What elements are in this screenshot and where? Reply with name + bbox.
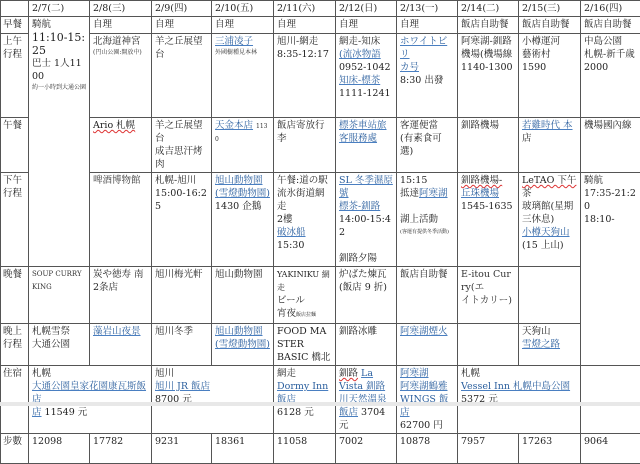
cell-0214-morning: 阿寒湖-釧路 機場(機場線 1140-1300 (458, 34, 519, 118)
cell-0216-breakfast: 飯店自助餐 (581, 17, 640, 34)
akan-fireworks-link[interactable]: 阿寒湖煙火 (400, 326, 448, 337)
cell-0210-afternoon: 旭山動物園 (雪燈動物園) 1430 企鵝 (212, 173, 274, 267)
white-pirika-link[interactable]: ホワイトビリ (400, 35, 454, 61)
cell-0210-breakfast: 自理 (212, 17, 274, 34)
ryuhyo-link[interactable]: (流冰物語 (339, 48, 393, 61)
morning-row: 上午 行程 北海道神宮 (円山公園:開放中) 羊之丘展望台 三浦凌子 外國樹種見… (1, 34, 640, 118)
flight-label: 騎航 (32, 18, 86, 31)
lodging-row: 住宿 札幌 大通公園皇家花園康瓦斯飯店 店 11549 元 旭川 旭川 JR 飯… (1, 366, 640, 407)
icebreaker-link[interactable]: 破冰船 (277, 226, 332, 239)
cell-0214-dinner: E-itou Curry(エ イトカリー) (458, 267, 519, 324)
cell-0214-afternoon: 釧路機場- 丘珠機場 1545-1635 (458, 173, 519, 267)
cell-0209-breakfast: 自理 (152, 17, 212, 34)
shrine-note: (円山公園:開放中) (93, 48, 148, 58)
dormy-inn-link[interactable]: Dormy Inn (277, 380, 332, 393)
cell-0209-afternoon: 札幌-旭川 15:00-16:25 (152, 173, 212, 267)
lunch-row: 午餐 Ario 札幌 羊之丘展望台 成吉思汗烤肉 天金本店 1130 飯店寄放行… (1, 118, 640, 173)
header-row: 2/7(二) 2/8(三) 2/9(四) 2/10(五) 2/11(六) 2/1… (1, 1, 640, 17)
date-header-0215: 2/15(三) (519, 1, 581, 17)
akan-lake-link[interactable]: 阿寒湖 (419, 188, 448, 199)
date-header-0211: 2/11(六) (274, 1, 336, 17)
cell-0212-dinner: 炉ばた煉瓦 (飯店 9 折) (336, 267, 397, 324)
cell-0209-lunch: 羊之丘展望台 成吉思汗烤肉 (152, 118, 212, 173)
vessel-inn-link[interactable]: Vessel Inn 札幌中島公園 (461, 380, 577, 393)
cell-0210-morning: 三浦凌子 外國樹種見本林 (212, 34, 274, 118)
date-header-0216: 2/16(四) (581, 1, 640, 17)
cell-0211-dinner: YAKINIKU 網走 ビール 宵夜飯店拉麵 (274, 267, 336, 324)
row-label-lodging: 住宿 (1, 366, 29, 407)
cell-0213-dinner: 飯店自助餐 (397, 267, 458, 324)
cell-0212-evening: 釧路冰雕 (336, 324, 397, 366)
cell-0215-lunch: 若雞時代 本 店 (519, 118, 581, 173)
la-vista-link[interactable]: La (361, 368, 373, 379)
cell-0213-morning: ホワイトビリ カ号 8:30 出發 (397, 34, 458, 118)
moiwa-link[interactable]: 藻岩山夜景 (93, 326, 141, 337)
date-header-0213: 2/13(一) (397, 1, 458, 17)
cell-0211-lodging: 網走 Dormy Inn 飯店 6128 元 (274, 366, 336, 407)
flight-time: 11:10-15:25 (32, 31, 86, 57)
cell-0216-afternoon: 騎航 17:35-21:20 18:10- (581, 173, 640, 366)
cell-0209-morning: 羊之丘展望台 (152, 34, 212, 118)
row-label-breakfast: 早餐 (1, 17, 29, 34)
row-label-evening: 晚上 行程 (1, 324, 29, 366)
cell-0212-morning: 網走-知床 (流冰物語 0952-1042 知床-標茶 1111-1241 (336, 34, 397, 118)
shibecha-station-link[interactable]: 標茶車站旅 (339, 119, 393, 132)
cell-0214-evening (458, 324, 519, 366)
cell-0212-lunch: 標茶車站旅 客服務處 (336, 118, 397, 173)
tenkin-link[interactable]: 天金本店 (215, 120, 253, 131)
cell-0213-afternoon: 15:15 抵達阿寒湖 湖上活動 (客運有提供冬季活動) (397, 173, 458, 267)
bus-info: 巴士 1人1100 (32, 57, 86, 83)
itinerary-table: 2/7(二) 2/8(三) 2/9(四) 2/10(五) 2/11(六) 2/1… (0, 0, 640, 406)
cell-0208-evening: 藻岩山夜景 (90, 324, 152, 366)
date-header-0212: 2/12(日) (336, 1, 397, 17)
bus-note: 約一小時到大通公園 (32, 83, 86, 93)
cell-0213-breakfast: 自理 (397, 17, 458, 34)
cell-0211-lunch: 飯店寄放行李 (274, 118, 336, 173)
asahiyama-zoo-link[interactable]: 旭山動物園 (215, 174, 270, 187)
shiretoko-shibecha-link[interactable]: 知床-標茶 (339, 74, 393, 87)
corner-cell (1, 1, 29, 17)
cell-0210-evening: 旭山動物園 (雪燈動物園) (212, 324, 274, 366)
cell-0216-morning: 中島公園 札幌-新千歲 2000 (581, 34, 640, 118)
cell-0214-breakfast: 飯店自助餐 (458, 17, 519, 34)
snow-light-path-link[interactable]: 雪燈之路 (522, 338, 577, 351)
row-label-afternoon: 下午 行程 (1, 173, 29, 267)
cell-0210-dinner: 旭山動物園 (212, 267, 274, 324)
cell-0213-lunch: 客運便當 (有素食可選) (397, 118, 458, 173)
cell-0213-evening: 阿寒湖煙火 (397, 324, 458, 366)
cell-0215-morning: 小樽運河 藝術村 1590 (519, 34, 581, 118)
cell-0212-breakfast: 自理 (336, 17, 397, 34)
sl-train-link[interactable]: SL 冬季濕原號 (339, 174, 393, 200)
asahikawa-hotel-link[interactable]: 旭川 JR 飯店 (155, 380, 270, 393)
row-label-morning: 上午 行程 (1, 34, 29, 118)
date-header-0210: 2/10(五) (212, 1, 274, 17)
cell-0208-morning: 北海道神宮 (円山公園:開放中) (90, 34, 152, 118)
cell-0211-afternoon: 午餐:道の駅 流氷街道網走 2樓 破冰船 15:30 (274, 173, 336, 267)
cell-0211-morning: 旭川-網走 8:35-12:17 (274, 34, 336, 118)
date-0213-text: 2/13(一) (400, 3, 438, 14)
cell-0211-evening: FOOD MASTER BASIC 橋北 (274, 324, 336, 366)
cell-0211-breakfast: 自理 (274, 17, 336, 34)
miura-note: 外國樹種見本林 (215, 48, 270, 58)
cell-0215-dinner (519, 267, 581, 324)
row-label-lunch: 午餐 (1, 118, 29, 173)
dinner-row: 晚餐 SOUP CURRY KING 炭や徳寿 南 2条店 旭川梅光軒 旭山動物… (1, 267, 640, 324)
cell-0216-lodging (581, 366, 640, 407)
cell-0209-evening: 旭川冬季 (152, 324, 212, 366)
date-header-0209: 2/9(四) (152, 1, 212, 17)
date-header-0207: 2/7(二) (29, 1, 90, 17)
cell-0207-dinner: SOUP CURRY KING (29, 267, 90, 324)
page-bottom-edge (0, 402, 640, 406)
miura-link[interactable]: 三浦凌子 (215, 35, 270, 48)
date-header-0208: 2/8(三) (90, 1, 152, 17)
cell-0208-afternoon: 啤酒博物館 (90, 173, 152, 267)
okadama-airport-link[interactable]: 丘珠機場 (461, 187, 515, 200)
wakadori-link[interactable]: 若雞時代 本 (522, 119, 577, 132)
cell-0212-afternoon: SL 冬季濕原號 標茶-釧路 14:00-15:42 釧路夕陽 (336, 173, 397, 267)
afternoon-row: 下午 行程 啤酒博物館 札幌-旭川 15:00-16:25 旭山動物園 (雪燈動… (1, 173, 640, 267)
evening-row: 晚上 行程 札幌雪祭 大通公園 藻岩山夜景 旭川冬季 旭山動物園 (雪燈動物園)… (1, 324, 640, 366)
date-header-0214: 2/14(二) (458, 1, 519, 17)
cell-0209-dinner: 旭川梅光軒 (152, 267, 212, 324)
cell-0209-0210-lodging: 旭川 旭川 JR 飯店 8700 元 (152, 366, 274, 407)
shrine-text: 北海道神宮 (93, 35, 148, 48)
tsuruga-wings-link[interactable]: 阿寒湖鶴雅 (400, 380, 454, 393)
cell-0212-lodging: 釧路 La Vista 釧路 川天然溫泉 飯店 3704 元 (336, 366, 397, 407)
cell-0214-lunch: 釧路機場 (458, 118, 519, 173)
cell-0208-dinner: 炭や徳寿 南 2条店 (90, 267, 152, 324)
cell-0213-lodging: 阿寒湖 阿寒湖鶴雅 WINGS 飯店 62700 円 (397, 366, 458, 407)
cell-0207-evening: 札幌雪祭 大通公園 (29, 324, 90, 366)
cell-0208-lunch: Ario 札幌 (90, 118, 152, 173)
asahiyama-zoo-evening-link[interactable]: 旭山動物園 (215, 325, 270, 338)
row-label-dinner: 晚餐 (1, 267, 29, 324)
cell-0215-afternoon: LeTAO 下午 茶 玻璃館(星期 三休息) 小樽天狗山 (15 上山) (519, 173, 581, 267)
cell-0208-breakfast: 自理 (90, 17, 152, 34)
cell-0214-0215-lodging: 札幌 Vessel Inn 札幌中島公園 5372 元 (458, 366, 581, 407)
breakfast-row: 早餐 騎航 11:10-15:25 巴士 1人1100 約一小時到大通公園 自理… (1, 17, 640, 34)
tenguyama-link[interactable]: 小樽天狗山 (522, 226, 577, 239)
cell-0215-evening: 天狗山 雪燈之路 (519, 324, 581, 366)
cell-0207-day: 騎航 11:10-15:25 巴士 1人1100 約一小時到大通公園 (29, 17, 90, 267)
cell-0216-lunch: 機場國內線 (581, 118, 640, 173)
cell-0210-lunch: 天金本店 1130 (212, 118, 274, 173)
cell-0215-breakfast: 飯店自助餐 (519, 17, 581, 34)
cell-0207-0208-lodging: 札幌 大通公園皇家花園康瓦斯飯店 店 11549 元 (29, 366, 152, 407)
